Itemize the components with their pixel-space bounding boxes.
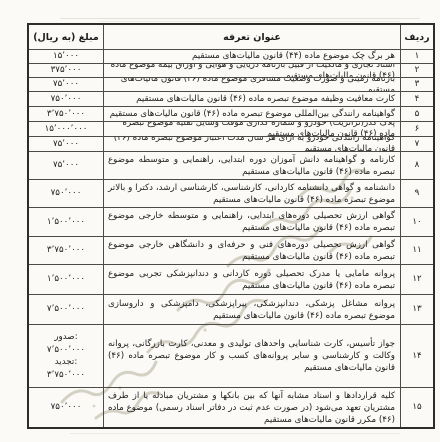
- header-tariff-title: عنوان تعرفه: [103, 25, 400, 49]
- tariff-title-cell: گواهینامه رانندگی خودرو به ازای هر سال م…: [103, 137, 400, 151]
- row-number: ۴: [415, 94, 420, 105]
- amount: صدور:۷٬۵۰۰٬۰۰۰تجدید:۳٬۷۵۰٬۰۰۰: [47, 331, 85, 381]
- tariff-title-cell: اسناد تجاری و مالکیت از قبیل بارنامه دری…: [103, 64, 400, 77]
- table-row: ۸ کارنامه و گواهینامه دانش آموزان دوره ا…: [29, 152, 433, 180]
- table-row: ۹ دانشنامه و گواهی دانشنامه کاردانی، کار…: [29, 180, 433, 208]
- amount: ۳٬۷۵۰٬۰۰۰: [47, 245, 85, 256]
- table-row: ۳ بارنامه زمینی و صورت وضعیت مسافری موضو…: [29, 78, 433, 92]
- row-number-cell: ۱۲: [400, 265, 433, 294]
- row-number: ۲: [415, 65, 420, 76]
- tariff-title: پروانه مشاغل پزشکی، دندانپزشکی، پیراپزشک…: [108, 298, 395, 322]
- tariff-title-cell: کارت معافیت وظیفه موضوع تبصره ماده (۴۶) …: [103, 92, 400, 106]
- table-row: ۱۰ گواهی ارزش تحصیلی دوره‌های ابتدایی، ر…: [29, 208, 433, 237]
- tariff-table: ردیف عنوان تعرفه مبلغ (به ریال) ۱ هر برگ…: [27, 23, 435, 429]
- tariff-title: پروانه مامایی یا مدرک تحصیلی دوره کاردان…: [108, 268, 395, 292]
- amount: ۱۵٬۰۰۰٬۰۰۰: [45, 124, 88, 135]
- tariff-title-cell: پلاک گذر(ترانزیت) خودرو و شماره گذاری مو…: [103, 122, 400, 136]
- table-row: ۴ کارت معافیت وظیفه موضوع تبصره ماده (۴۶…: [29, 92, 433, 107]
- tariff-title-cell: جواز تأسیس، کارت شناسایی واحدهای تولیدی …: [103, 325, 400, 387]
- tariff-title: کلیه قراردادها و اسناد مشابه آنها که بین…: [108, 390, 395, 426]
- amount-cell: صدور:۷٬۵۰۰٬۰۰۰تجدید:۳٬۷۵۰٬۰۰۰: [29, 325, 103, 387]
- amount-cell: ۷۵۰٬۰۰۰: [29, 92, 103, 106]
- row-number: ۱: [415, 51, 420, 62]
- tariff-title: گواهینامه رانندگی بین‌المللی موضوع تبصره…: [108, 109, 395, 120]
- amount-cell: ۷۵۰٬۰۰۰: [29, 180, 103, 207]
- tariff-title-cell: گواهی ارزش تحصیلی دوره‌های ابتدایی، راهن…: [103, 208, 400, 236]
- amount: ۷٬۵۰۰٬۰۰۰: [47, 304, 85, 315]
- amount: ۷۵٬۰۰۰: [53, 79, 79, 90]
- row-number: ۳: [415, 79, 420, 90]
- row-number-cell: ۱۳: [400, 295, 433, 324]
- amount: ۷۵٬۰۰۰: [53, 160, 79, 171]
- tariff-title-cell: پروانه مشاغل پزشکی، دندانپزشکی، پیراپزشک…: [103, 295, 400, 324]
- tariff-title-cell: دانشنامه و گواهی دانشنامه کاردانی، کارشن…: [103, 180, 400, 207]
- row-number-cell: ۱: [400, 50, 433, 63]
- row-number: ۱۴: [412, 351, 421, 362]
- amount-cell: ۱٬۵۰۰٬۰۰۰: [29, 208, 103, 236]
- row-number-cell: ۶: [400, 122, 433, 136]
- row-number-cell: ۳: [400, 78, 433, 91]
- amount-cell: ۷۵٬۰۰۰: [29, 78, 103, 91]
- table-row: ۱ هر برگ چک موضوع ماده (۴۴) قانون مالیات…: [29, 50, 433, 64]
- tariff-title: دانشنامه و گواهی دانشنامه کاردانی، کارشن…: [108, 182, 395, 206]
- row-number: ۱۰: [412, 217, 421, 228]
- amount: ۳٬۷۵۰٬۰۰۰: [47, 109, 85, 120]
- amount: ۷۵۰٬۰۰۰: [51, 402, 82, 413]
- amount: ۱٬۵۰۰٬۰۰۰: [47, 274, 85, 285]
- amount: ۱٬۵۰۰٬۰۰۰: [47, 217, 85, 228]
- row-number-cell: ۹: [400, 180, 433, 207]
- table-row: ۱۱ گواهی ارزش تحصیلی دوره‌های فنی و حرفه…: [29, 237, 433, 265]
- row-number-cell: ۷: [400, 137, 433, 151]
- row-number: ۶: [415, 124, 420, 135]
- row-number: ۸: [415, 160, 420, 171]
- amount: ۷۵٬۰۰۰: [53, 139, 79, 150]
- table-row: ۱۴ جواز تأسیس، کارت شناسایی واحدهای تولی…: [29, 325, 433, 388]
- scan-artifact-line: [100, 21, 400, 22]
- amount-cell: ۱۵٬۰۰۰: [29, 50, 103, 63]
- table-row: ۷ گواهینامه رانندگی خودرو به ازای هر سال…: [29, 137, 433, 152]
- tariff-title: کارت معافیت وظیفه موضوع تبصره ماده (۴۶) …: [108, 94, 395, 105]
- amount-cell: ۳۷۵٬۰۰۰: [29, 64, 103, 77]
- amount-cell: ۱۵٬۰۰۰٬۰۰۰: [29, 122, 103, 136]
- tariff-title-cell: گواهی ارزش تحصیلی دوره‌های فنی و حرفه‌ای…: [103, 237, 400, 264]
- tariff-title: پلاک گذر(ترانزیت) خودرو و شماره گذاری مو…: [108, 122, 395, 136]
- amount-cell: ۳٬۷۵۰٬۰۰۰: [29, 107, 103, 121]
- tariff-title: گواهی ارزش تحصیلی دوره‌های فنی و حرفه‌ای…: [108, 239, 395, 263]
- row-number-cell: ۲: [400, 64, 433, 77]
- amount: ۳۷۵٬۰۰۰: [51, 65, 82, 76]
- amount-cell: ۷۵۰٬۰۰۰: [29, 388, 103, 427]
- amount-cell: ۷۵٬۰۰۰: [29, 137, 103, 151]
- table-row: ۱۲ پروانه مامایی یا مدرک تحصیلی دوره کار…: [29, 265, 433, 295]
- row-number: ۱۱: [412, 245, 421, 256]
- scan-artifact-line: [60, 18, 420, 19]
- tariff-title-cell: بارنامه زمینی و صورت وضعیت مسافری موضوع …: [103, 78, 400, 91]
- tariff-title: گواهینامه رانندگی خودرو به ازای هر سال م…: [108, 137, 395, 151]
- amount: ۷۵۰٬۰۰۰: [51, 188, 82, 199]
- table-row: ۱۵ کلیه قراردادها و اسناد مشابه آنها که …: [29, 388, 433, 427]
- table-body: ۱ هر برگ چک موضوع ماده (۴۴) قانون مالیات…: [29, 50, 433, 427]
- table-row: ۵ گواهینامه رانندگی بین‌المللی موضوع تبص…: [29, 107, 433, 122]
- header-amount: مبلغ (به ریال): [29, 25, 103, 49]
- header-tariff-title-label: عنوان تعرفه: [104, 32, 400, 43]
- header-amount-label: مبلغ (به ریال): [33, 32, 99, 43]
- tariff-title-cell: پروانه مامایی یا مدرک تحصیلی دوره کاردان…: [103, 265, 400, 294]
- tariff-title-cell: کارنامه و گواهینامه دانش آموزان دوره ابت…: [103, 152, 400, 179]
- amount-cell: ۷٬۵۰۰٬۰۰۰: [29, 295, 103, 324]
- scanned-page: ردیف عنوان تعرفه مبلغ (به ریال) ۱ هر برگ…: [0, 0, 440, 442]
- row-number: ۷: [415, 139, 420, 150]
- tariff-title-cell: گواهینامه رانندگی بین‌المللی موضوع تبصره…: [103, 107, 400, 121]
- table-row: ۱۳ پروانه مشاغل پزشکی، دندانپزشکی، پیراپ…: [29, 295, 433, 325]
- table-row: ۶ پلاک گذر(ترانزیت) خودرو و شماره گذاری …: [29, 122, 433, 137]
- amount-cell: ۷۵٬۰۰۰: [29, 152, 103, 179]
- tariff-title-cell: کلیه قراردادها و اسناد مشابه آنها که بین…: [103, 388, 400, 427]
- row-number-cell: ۱۱: [400, 237, 433, 264]
- row-number-cell: ۱۰: [400, 208, 433, 236]
- tariff-title: هر برگ چک موضوع ماده (۴۴) قانون مالیات‌ه…: [108, 51, 395, 62]
- amount: ۱۵٬۰۰۰: [53, 51, 79, 62]
- tariff-title: اسناد تجاری و مالکیت از قبیل بارنامه دری…: [108, 64, 395, 77]
- row-number: ۱۵: [412, 402, 421, 413]
- scan-artifact-line: [70, 433, 400, 434]
- row-number: ۱۳: [412, 304, 421, 315]
- table-row: ۲ اسناد تجاری و مالکیت از قبیل بارنامه د…: [29, 64, 433, 78]
- amount-cell: ۳٬۷۵۰٬۰۰۰: [29, 237, 103, 264]
- header-row-number: ردیف: [400, 25, 433, 49]
- row-number-cell: ۱۴: [400, 325, 433, 387]
- amount-cell: ۱٬۵۰۰٬۰۰۰: [29, 265, 103, 294]
- header-row-number-label: ردیف: [404, 32, 429, 43]
- row-number: ۵: [415, 109, 420, 120]
- tariff-title: کارنامه و گواهینامه دانش آموزان دوره ابت…: [108, 154, 395, 178]
- tariff-title: بارنامه زمینی و صورت وضعیت مسافری موضوع …: [108, 78, 395, 91]
- row-number-cell: ۱۵: [400, 388, 433, 427]
- row-number: ۹: [415, 188, 420, 199]
- table-header-row: ردیف عنوان تعرفه مبلغ (به ریال): [29, 25, 433, 50]
- row-number-cell: ۵: [400, 107, 433, 121]
- row-number-cell: ۴: [400, 92, 433, 106]
- tariff-title-cell: هر برگ چک موضوع ماده (۴۴) قانون مالیات‌ه…: [103, 50, 400, 63]
- row-number-cell: ۸: [400, 152, 433, 179]
- row-number: ۱۲: [412, 274, 421, 285]
- tariff-title: گواهی ارزش تحصیلی دوره‌های ابتدایی، راهن…: [108, 210, 395, 234]
- tariff-title: جواز تأسیس، کارت شناسایی واحدهای تولیدی …: [108, 338, 395, 374]
- amount: ۷۵۰٬۰۰۰: [51, 94, 82, 105]
